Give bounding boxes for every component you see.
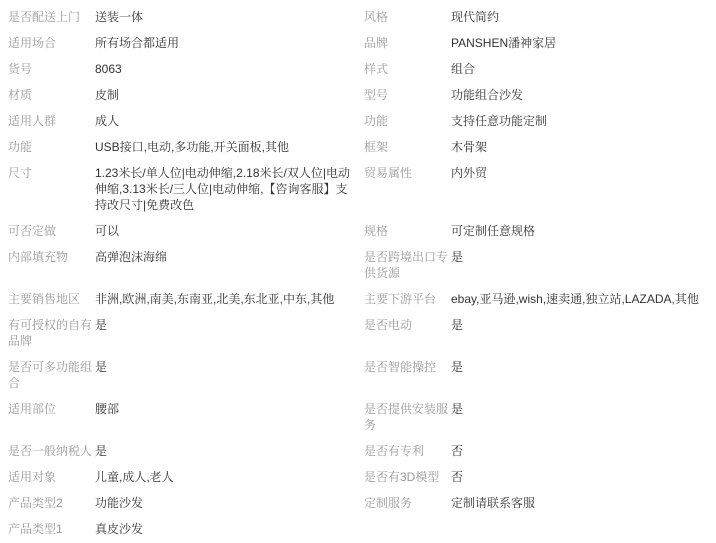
attr-cell: 适用场合 所有场合都适用 — [0, 35, 358, 51]
attr-value: USB接口,电动,多功能,开关面板,其他 — [95, 139, 350, 155]
attr-value: 是 — [95, 359, 350, 375]
attr-label: 框架 — [364, 139, 451, 155]
attr-cell: 可否定做 可以 — [0, 223, 358, 239]
attr-value: 儿童,成人,老人 — [95, 469, 350, 485]
attr-row: 是否一般纳税人 是 是否有专利 否 — [0, 443, 716, 459]
attr-value: 定制请联系客服 — [451, 495, 716, 511]
attr-label: 样式 — [364, 61, 451, 77]
attr-cell: 主要下游平台 ebay,亚马逊,wish,速卖通,独立站,LAZADA,其他 — [358, 291, 716, 307]
attr-row: 内部填充物 高弹泡沫海绵 是否跨境出口专供货源 是 — [0, 249, 716, 281]
attr-label: 品牌 — [364, 35, 451, 51]
attr-cell: 适用对象 儿童,成人,老人 — [0, 469, 358, 485]
attr-row: 适用人群 成人 功能 支持任意功能定制 — [0, 113, 716, 129]
attr-row: 货号 8063 样式 组合 — [0, 61, 716, 77]
attr-value: 8063 — [95, 61, 350, 77]
attr-cell: 内部填充物 高弹泡沫海绵 — [0, 249, 358, 281]
attr-label: 是否跨境出口专供货源 — [364, 249, 451, 281]
attr-value: 否 — [451, 469, 716, 485]
attr-cell: 尺寸 1.23米长/单人位|电动伸缩,2.18米长/双人位|电动伸缩,3.13米… — [0, 165, 358, 213]
attr-cell — [358, 521, 716, 537]
attr-value: 否 — [451, 443, 716, 459]
attr-row: 适用场合 所有场合都适用 品牌 PANSHEN潘神家居 — [0, 35, 716, 51]
attr-cell: 样式 组合 — [358, 61, 716, 77]
attr-value: 送装一体 — [95, 9, 350, 25]
attr-label: 适用场合 — [8, 35, 95, 51]
attr-label: 主要销售地区 — [8, 291, 95, 307]
attr-row: 是否配送上门 送装一体 风格 现代简约 — [0, 9, 716, 25]
attr-value: 非洲,欧洲,南美,东南亚,北美,东北亚,中东,其他 — [95, 291, 350, 307]
attr-cell: 是否配送上门 送装一体 — [0, 9, 358, 25]
attr-label: 是否有专利 — [364, 443, 451, 459]
attr-value: 成人 — [95, 113, 350, 129]
attr-label: 风格 — [364, 9, 451, 25]
attr-cell: 功能 USB接口,电动,多功能,开关面板,其他 — [0, 139, 358, 155]
attr-cell: 框架 木骨架 — [358, 139, 716, 155]
attr-value: 木骨架 — [451, 139, 716, 155]
attr-cell: 是否可多功能组合 是 — [0, 359, 358, 391]
attr-value: 皮制 — [95, 87, 350, 103]
attr-value: 是 — [95, 443, 350, 459]
attr-value: 功能沙发 — [95, 495, 350, 511]
attr-cell: 是否跨境出口专供货源 是 — [358, 249, 716, 281]
attr-row: 功能 USB接口,电动,多功能,开关面板,其他 框架 木骨架 — [0, 139, 716, 155]
attr-label: 贸易属性 — [364, 165, 451, 181]
attr-value: 高弹泡沫海绵 — [95, 249, 350, 265]
attr-cell: 主要销售地区 非洲,欧洲,南美,东南亚,北美,东北亚,中东,其他 — [0, 291, 358, 307]
attr-value: 所有场合都适用 — [95, 35, 350, 51]
attr-cell: 适用人群 成人 — [0, 113, 358, 129]
attr-label: 规格 — [364, 223, 451, 239]
attr-cell: 品牌 PANSHEN潘神家居 — [358, 35, 716, 51]
attr-label: 是否有3D模型 — [364, 469, 451, 485]
attr-label: 货号 — [8, 61, 95, 77]
product-spec-table: 是否配送上门 送装一体 风格 现代简约 适用场合 所有场合都适用 品牌 PANS… — [0, 0, 716, 543]
attr-cell: 风格 现代简约 — [358, 9, 716, 25]
attr-value: 可以 — [95, 223, 350, 239]
attr-value: 内外贸 — [451, 165, 716, 181]
attr-cell: 贸易属性 内外贸 — [358, 165, 716, 213]
attr-cell: 有可授权的自有品牌 是 — [0, 317, 358, 349]
attr-label: 产品类型2 — [8, 495, 95, 511]
attr-label: 是否一般纳税人 — [8, 443, 95, 459]
attr-value: 是 — [451, 317, 716, 333]
attr-cell: 是否一般纳税人 是 — [0, 443, 358, 459]
attr-value: 是 — [451, 359, 716, 375]
attr-cell: 是否提供安装服务 是 — [358, 401, 716, 433]
attr-cell: 产品类型2 功能沙发 — [0, 495, 358, 511]
attr-label: 是否可多功能组合 — [8, 359, 95, 391]
attr-value: ebay,亚马逊,wish,速卖通,独立站,LAZADA,其他 — [451, 291, 716, 307]
attr-cell: 产品类型1 真皮沙发 — [0, 521, 358, 537]
attr-row: 产品类型2 功能沙发 定制服务 定制请联系客服 — [0, 495, 716, 511]
attr-value: 功能组合沙发 — [451, 87, 716, 103]
attr-label: 有可授权的自有品牌 — [8, 317, 95, 349]
attr-value: 可定制任意规格 — [451, 223, 716, 239]
attr-value: 是 — [95, 317, 350, 333]
attr-row: 主要销售地区 非洲,欧洲,南美,东南亚,北美,东北亚,中东,其他 主要下游平台 … — [0, 291, 716, 307]
attr-cell: 适用部位 腰部 — [0, 401, 358, 433]
attr-label: 适用部位 — [8, 401, 95, 417]
attr-label: 是否电动 — [364, 317, 451, 333]
attr-row: 是否可多功能组合 是 是否智能操控 是 — [0, 359, 716, 391]
attr-label: 是否智能操控 — [364, 359, 451, 375]
attr-cell: 规格 可定制任意规格 — [358, 223, 716, 239]
attr-label: 功能 — [364, 113, 451, 129]
attr-value: 是 — [451, 249, 716, 265]
attr-row: 产品类型1 真皮沙发 — [0, 521, 716, 537]
attr-value: 是 — [451, 401, 716, 417]
attr-cell: 货号 8063 — [0, 61, 358, 77]
attr-cell: 功能 支持任意功能定制 — [358, 113, 716, 129]
attr-cell: 是否有专利 否 — [358, 443, 716, 459]
attr-label: 产品类型1 — [8, 521, 95, 537]
attr-value: 真皮沙发 — [95, 521, 350, 537]
attr-value: 支持任意功能定制 — [451, 113, 716, 129]
attr-row: 可否定做 可以 规格 可定制任意规格 — [0, 223, 716, 239]
attr-value: 腰部 — [95, 401, 350, 417]
attr-value: 1.23米长/单人位|电动伸缩,2.18米长/双人位|电动伸缩,3.13米长/三… — [95, 165, 350, 213]
attr-row: 尺寸 1.23米长/单人位|电动伸缩,2.18米长/双人位|电动伸缩,3.13米… — [0, 165, 716, 213]
attr-label: 主要下游平台 — [364, 291, 451, 307]
attr-label: 适用对象 — [8, 469, 95, 485]
attr-label: 是否提供安装服务 — [364, 401, 451, 433]
attr-cell: 是否有3D模型 否 — [358, 469, 716, 485]
attr-value: PANSHEN潘神家居 — [451, 35, 716, 51]
attr-label: 适用人群 — [8, 113, 95, 129]
attr-row: 有可授权的自有品牌 是 是否电动 是 — [0, 317, 716, 349]
attr-value: 现代简约 — [451, 9, 716, 25]
attr-label: 材质 — [8, 87, 95, 103]
attr-cell: 型号 功能组合沙发 — [358, 87, 716, 103]
attr-label: 功能 — [8, 139, 95, 155]
attr-label: 定制服务 — [364, 495, 451, 511]
attr-row: 适用部位 腰部 是否提供安装服务 是 — [0, 401, 716, 433]
attr-label: 是否配送上门 — [8, 9, 95, 25]
attr-cell: 定制服务 定制请联系客服 — [358, 495, 716, 511]
attr-cell: 是否电动 是 — [358, 317, 716, 349]
attr-label: 可否定做 — [8, 223, 95, 239]
attr-cell: 材质 皮制 — [0, 87, 358, 103]
attr-label: 内部填充物 — [8, 249, 95, 265]
attr-row: 适用对象 儿童,成人,老人 是否有3D模型 否 — [0, 469, 716, 485]
attr-row: 材质 皮制 型号 功能组合沙发 — [0, 87, 716, 103]
attr-label: 尺寸 — [8, 165, 95, 181]
attr-value: 组合 — [451, 61, 716, 77]
attr-cell: 是否智能操控 是 — [358, 359, 716, 391]
attr-label: 型号 — [364, 87, 451, 103]
